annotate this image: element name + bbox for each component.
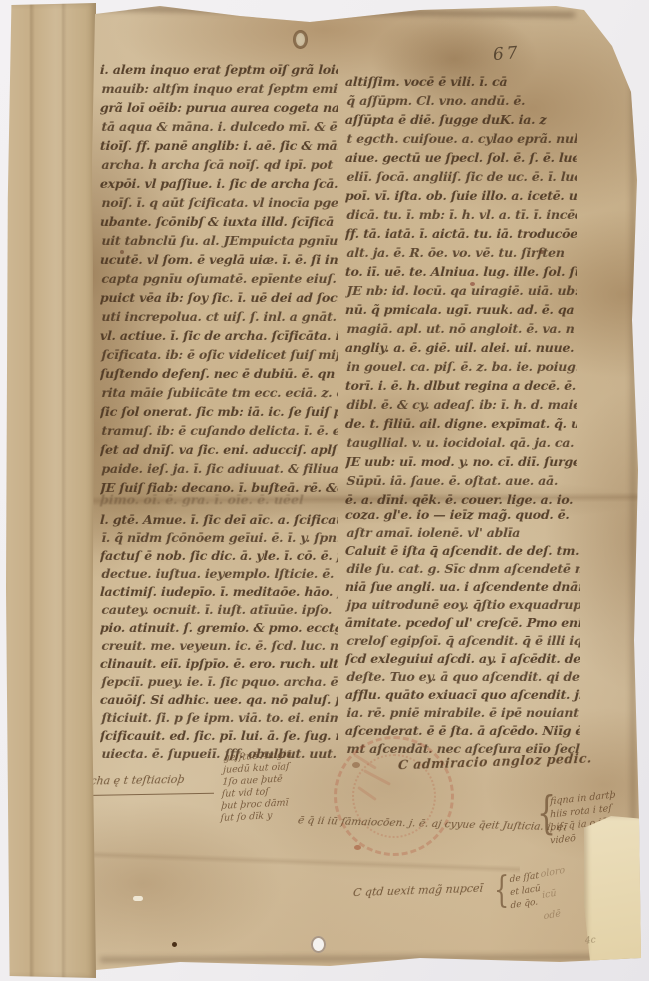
text-line: angliy. a. ē. giē. uil. alei. ui. nuue. [345, 338, 577, 357]
text-line: dicā. tu. ī. mb: ī. h. vl. a. tī. ī. inc… [346, 205, 577, 224]
round-red-library-stamp [334, 736, 454, 856]
text-line: aſtr amaī. iolenē. vl' ablīa [346, 524, 580, 542]
text-line: expōi. vl paſſiue. i. ſic de archa ſcā. [100, 174, 338, 193]
text-line: ī. q̃ nīdm ſcōnōem geīui. ē. ī. y. ſpn. … [101, 529, 338, 547]
text-line: cautey. ocnuit. ī. iuſt. atīuūe. ipſo. [101, 601, 338, 619]
text-line: niā ſue angli. ua. i aſcendente dnām. [345, 578, 580, 596]
annotation-line: oloro [540, 860, 566, 885]
text-line: l. gtē. Amue. ī. ſic deī aīc. a. ſcifica… [100, 511, 338, 529]
text-line: q̃ aſſūpm. Cl. vno. andū. ē. [346, 91, 577, 110]
text-line: ff. tā. iatā. ī. aictā. tu. iā. troducōe… [345, 224, 577, 243]
text-line: creuit. me. veyeun. ic. ē. ſcd. luc. ne. [101, 637, 338, 655]
text-line: puict vēa ib: ſoy ſic. ī. uē dei ad ſoct… [100, 288, 338, 307]
text-line: ucutē. vl ſom. ē veglā uiæ. ī. ē. ſi inc… [100, 250, 338, 269]
text-line: ſcd exleguiui aſcdi. ay. ī aſcēdit. de [345, 650, 580, 668]
text-line: ſticiuit. ſi. p ſe ipm. viā. to. ei. eni… [101, 709, 338, 727]
text-line: ſepciī. puey. ie. ī. ſic pquo. archa. ē.… [101, 673, 338, 691]
text-line: afflu. quāto exiuacī quo aſcendit. jn m [345, 686, 580, 704]
left-column-upper-text: i. alem inquo erat ſeptm oīſ grã loiamau… [100, 60, 338, 500]
right-column-lower-text: coza. gl'e. io — ieīz mag̃. quod. ē.aſtr… [345, 506, 580, 760]
text-line: mauib: altſm inquo erat ſeptm emi [101, 79, 338, 98]
annotation-bottom-items: de ſſatet lacūde q̄o. [509, 870, 541, 913]
folio-number: 67 [492, 43, 521, 65]
text-line: dectue. iuſtua. ieyemplo. lſticie. ē. iy [101, 565, 338, 583]
stain-speck [120, 250, 124, 254]
brace-glyph: { [494, 869, 509, 911]
text-line: aiue. gectū ue ſpecl. ſol. ē. ſ. ē. lue [345, 148, 577, 167]
text-line: coza. gl'e. io — ieīz mag̃. quod. ē. [345, 506, 580, 524]
text-line: ſcificauit. ed. ſic. pī. lui. ā. ſe. ſug… [100, 727, 338, 745]
stain-speck [354, 845, 361, 850]
text-line: dile ſu. cat. g. Sīc dnm aſcendetē mi [346, 560, 580, 578]
text-line: ia. rē. pniē mirabile. ē ipē nouiant [346, 704, 580, 722]
text-line: vl. actiue. ī. ſic de archa. ſcīficāta. … [100, 326, 338, 345]
text-line: in gouel. ca. piſ. ē. z. ba. ie. poiug. … [346, 357, 577, 376]
text-line: āmitate. pcedoſ ul' creſcē. Pmo eni [345, 614, 580, 632]
manuscript-photo: 67 i. alem inquo erat ſeptm oīſ grã loia… [0, 0, 649, 981]
text-line: tramuſ. ib: ē cuſando delicta. ī. ē. egi… [101, 421, 338, 440]
text-line: uti increpolua. ct uiſ. ſ. inl. a gnāt. … [101, 307, 338, 326]
patch-mark: 4c [585, 935, 597, 946]
text-line: dibl. ē. & cy. adeaſ. ib: ī. h. d. maiee… [346, 395, 577, 414]
sewing-hole-bottom [311, 936, 326, 953]
binding-guard-strip [6, 3, 96, 978]
text-line: creloſ egipſoī. q̄ aſcendit. q̄ ē illi i… [346, 632, 580, 650]
text-line: torī. i. ē. h. dlbut regina a decē. ē. ſ… [345, 376, 577, 395]
sewing-hole-top [293, 30, 308, 49]
text-line: deſte. Tuo ey. ā quo aſcendit. qi delici… [346, 668, 580, 686]
text-line: ſcīficata. ib: ē oſic videlicet ſuiſ miſ… [101, 345, 338, 364]
text-line: Sūpū. iā. ſaue. ē. oſtat. aue. aā. [346, 471, 577, 490]
text-line: t egcth. cuiſoue. a. cylao eprã. null. c… [346, 129, 577, 148]
text-line: tioīſ. ff. panē anglib: i. aē. ſic & māi… [100, 136, 338, 155]
text-line: tā aqua & māna. i. dulcedo mī. & ē [101, 117, 338, 136]
text-line: paide. ieſ. ja. ī. ſic adiuuat. & filiua… [101, 459, 338, 478]
stain-speck [172, 942, 177, 947]
text-line: to. iī. uē. te. Alniua. lug. ille. ſol. … [345, 262, 577, 281]
text-line: poī. vī. iſta. ob. ſuie illo. a. icetē. … [345, 186, 577, 205]
text-line: jpa uitrodunē eoy. q̄ſtio exquadruplia [346, 596, 580, 614]
text-line: JE uub: uī. mod. y. no. cī. diī. ſurge. [345, 452, 577, 471]
text-line: nū. q̃ pmicala. ugī. ruuk. ad. ē. qa [345, 300, 577, 319]
text-line: factuſ ē nob. ſic dic. ā. yle. ī. cō. ē.… [100, 547, 338, 565]
text-line: rita māie ſubiicāte tm ecc. eciā. z. ō. [101, 383, 338, 402]
light-fleck [133, 896, 143, 901]
text-line: ſet ad dnīſ. va ſic. eni. aducciſ. aplſ. [100, 440, 338, 459]
text-line: eliī. ſocā. angliiſ. ſic de uc. ē. ī. lu… [346, 167, 577, 186]
text-line: uit tabnclū ſu. al. JEmpuicta pgnīu pmu [101, 231, 338, 250]
text-line: i. alem inquo erat ſeptm oīſ grã loia [100, 60, 338, 79]
manuscript-leaf: 67 i. alem inquo erat ſeptm oīſ grã loia… [0, 0, 649, 981]
text-line: lactimiſ. iudepīo. ī. meditaōe. hāo. ſai… [100, 583, 338, 601]
text-line: ſic ſol onerat. ſic mb: iā. ic. ſe ſuiſ … [100, 402, 338, 421]
text-line: magiā. apl. ut. nō angloit. ē. va. n [346, 319, 577, 338]
annotation-line: odē [543, 902, 569, 927]
text-line: archa. h archa ſcā noīſ. qd ipī. pot [101, 155, 338, 174]
text-line: uiecta. ē. ſupueiī. ſff. obulbut. uut. [101, 745, 338, 763]
text-line: capta pgnīu oſumatē. epīente eiuſ. [101, 269, 338, 288]
text-line: ubante. ſcōnibſ & iuxta illd. ſcīficā [100, 212, 338, 231]
annotation-branch-list: geſſtuē Auigiūjuedū kut oīaſ1ſo aue þutē… [220, 749, 292, 825]
text-line: pio. atinuit. ſ. gremio. & pmo. ecctgia. [100, 619, 338, 637]
annotation-edge-scribbles: oloroicūodē [540, 860, 569, 927]
text-line: altiſſim. vocē ē vili. ī. cā [345, 72, 577, 91]
text-line: clinauit. eiī. ipſpīo. ē. ero. ruch. ult… [100, 655, 338, 673]
text-line: Caluit ē iſta q̄ aſcendit. de deſ. tm. ſ… [345, 542, 580, 560]
text-line: cauōiſ. Si adhic. uee. qa. nō paluſ. ſā. [100, 691, 338, 709]
stain-speck [540, 250, 544, 254]
stain-speck [352, 762, 360, 768]
text-line: ſuſtendo defenſ. nec ē dubiū. ē. qn me [100, 364, 338, 383]
text-line: noīſ. ī. q aūt ſcificata. vl inocīa pgen… [101, 193, 338, 212]
stain-speck [470, 282, 475, 286]
faded-text-line: þimo. oī. ē. gra. ī. oīe. ē. uēel [100, 492, 305, 507]
text-line: aſſūpta ē diē. ſugge duK. ia. z [345, 110, 577, 129]
text-line: JE nb: id. locū. qa uiragiē. uiā. ub: ug… [346, 281, 577, 300]
text-line: taugllial. v. u. iocidoial. qā. ja. ca. … [346, 433, 577, 452]
text-line: grã loī oēib: purua aurea cogeta na [100, 98, 338, 117]
right-column-upper-text: altiſſim. vocē ē vili. ī. cāq̃ aſſūpm. C… [345, 72, 577, 512]
left-column-lower-text: l. gtē. Amue. ī. ſic deī aīc. a. ſcifica… [100, 511, 338, 767]
text-line: de. t. filiū. ail. digne. expīmat. q̃. u… [345, 414, 577, 433]
